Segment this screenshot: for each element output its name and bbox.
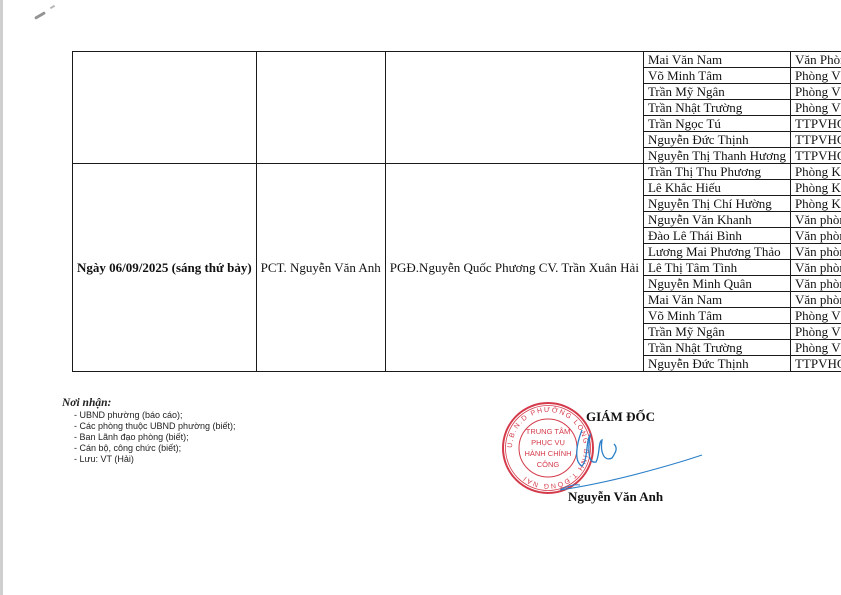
staff-name-cell: Võ Minh Tâm xyxy=(643,68,790,84)
staff-name-cell: Lê Khắc Hiếu xyxy=(643,180,790,196)
staff-name-cell: Mai Văn Nam xyxy=(643,52,790,68)
staff-unit-cell: Phòng Văn hóa - Xã hội xyxy=(790,324,841,340)
table-row: Ngày 06/09/2025 (sáng thứ bảy)PCT. Nguyễ… xyxy=(73,164,841,180)
staff-name-cell: Trần Nhật Trường xyxy=(643,340,790,356)
staff-unit-cell: Phòng Văn hóa - Xã hội xyxy=(790,68,841,84)
scan-artifact xyxy=(34,11,46,20)
staff-unit-cell: Phòng KTHT-ĐT xyxy=(790,196,841,212)
signature-block: U.B.N.D PHƯỜNG LONG BÌNH T.ĐỒNG NAI TRUN… xyxy=(490,400,720,510)
date-cell: Ngày 06/09/2025 (sáng thứ bảy) xyxy=(73,164,257,372)
staff-unit-cell: Văn phòng xyxy=(790,292,841,308)
staff-unit-cell: Phòng Văn hóa - Xã hội xyxy=(790,340,841,356)
recipient-item: Ban Lãnh đạo phòng (biết); xyxy=(74,432,236,443)
staff-unit-cell: TTPVHCC xyxy=(790,116,841,132)
staff-name-cell: Trần Nhật Trường xyxy=(643,100,790,116)
staff-unit-cell: Phòng KTHT-ĐT xyxy=(790,180,841,196)
recipients-list: UBND phường (báo cáo);Các phòng thuộc UB… xyxy=(62,410,236,465)
department-leads-cell xyxy=(385,52,643,164)
date-cell xyxy=(73,52,257,164)
staff-name-cell: Trần Mỹ Ngân xyxy=(643,84,790,100)
staff-name-cell: Nguyễn Đức Thịnh xyxy=(643,132,790,148)
staff-name-cell: Lương Mai Phương Thảo xyxy=(643,244,790,260)
recipients-title: Nơi nhận: xyxy=(62,398,236,409)
staff-name-cell: Đào Lê Thái Bình xyxy=(643,228,790,244)
duty-schedule-table: Mai Văn NamVăn PhòngVõ Minh TâmPhòng Văn… xyxy=(72,51,841,372)
staff-unit-cell: Văn phòng xyxy=(790,276,841,292)
staff-unit-cell: Văn phòng xyxy=(790,244,841,260)
leader-cell xyxy=(256,52,385,164)
recipient-item: UBND phường (báo cáo); xyxy=(74,410,236,421)
leader-cell: PCT. Nguyễn Văn Anh xyxy=(256,164,385,372)
table-row: Mai Văn NamVăn Phòng xyxy=(73,52,841,68)
staff-unit-cell: TTPVHCC xyxy=(790,132,841,148)
staff-name-cell: Mai Văn Nam xyxy=(643,292,790,308)
staff-unit-cell: Văn Phòng xyxy=(790,52,841,68)
staff-name-cell: Nguyễn Đức Thịnh xyxy=(643,356,790,372)
staff-unit-cell: Văn phòng xyxy=(790,260,841,276)
recipients-block: Nơi nhận: UBND phường (báo cáo);Các phòn… xyxy=(62,398,236,465)
staff-unit-cell: Văn phòng xyxy=(790,212,841,228)
staff-unit-cell: Phòng Văn hóa - Xã hội xyxy=(790,84,841,100)
recipient-item: Các phòng thuộc UBND phường (biết); xyxy=(74,421,236,432)
staff-name-cell: Nguyễn Văn Khanh xyxy=(643,212,790,228)
scan-artifact xyxy=(50,5,55,9)
staff-unit-cell: Phòng Văn hóa - Xã hội xyxy=(790,308,841,324)
staff-name-cell: Trần Ngọc Tú xyxy=(643,116,790,132)
signer-name: Nguyễn Văn Anh xyxy=(568,489,663,505)
staff-unit-cell: TTPVHCC xyxy=(790,356,841,372)
staff-name-cell: Võ Minh Tâm xyxy=(643,308,790,324)
staff-unit-cell: Văn phòng xyxy=(790,228,841,244)
recipient-item: Lưu: VT (Hải) xyxy=(74,454,236,465)
staff-name-cell: Lê Thị Tâm Tình xyxy=(643,260,790,276)
staff-unit-cell: Phòng Văn hóa - Xã hội xyxy=(790,100,841,116)
department-leads-cell: PGĐ.Nguyễn Quốc Phương CV. Trần Xuân Hải xyxy=(385,164,643,372)
staff-name-cell: Trần Mỹ Ngân xyxy=(643,324,790,340)
recipient-item: Cán bộ, công chức (biết); xyxy=(74,443,236,454)
staff-name-cell: Nguyễn Thị Thanh Hương xyxy=(643,148,790,164)
staff-name-cell: Trần Thị Thu Phương xyxy=(643,164,790,180)
staff-name-cell: Nguyễn Minh Quân xyxy=(643,276,790,292)
signer-title: GIÁM ĐỐC xyxy=(586,409,655,425)
staff-unit-cell: TTPVHCC xyxy=(790,148,841,164)
scan-edge xyxy=(0,0,3,595)
staff-name-cell: Nguyễn Thị Chí Hường xyxy=(643,196,790,212)
staff-unit-cell: Phòng KTHT-ĐT xyxy=(790,164,841,180)
